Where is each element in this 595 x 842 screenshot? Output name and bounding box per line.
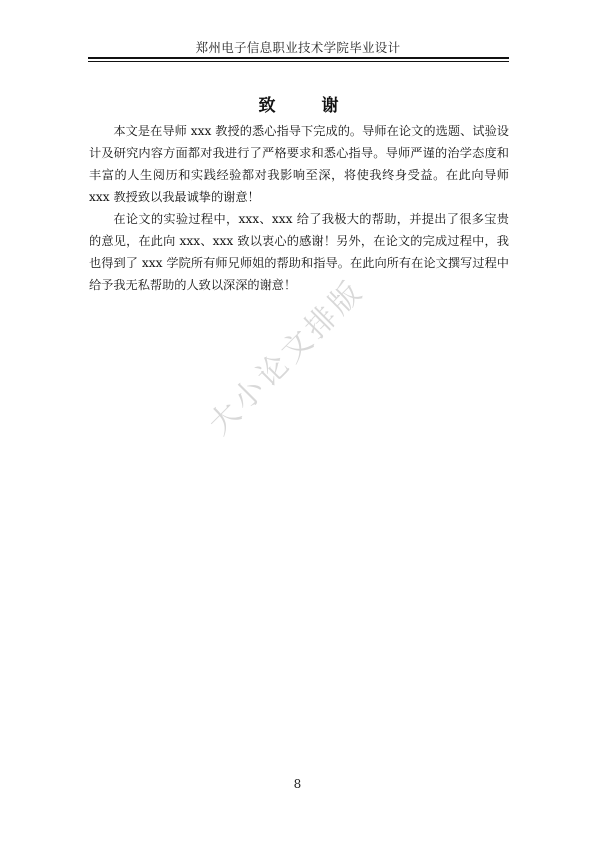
document-body: 本文是在导师 xxx 教授的悉心指导下完成的。导师在论文的选题、试验设计及研究内… bbox=[89, 120, 509, 296]
header-rule-thick bbox=[88, 57, 509, 59]
header-rule-thin bbox=[88, 61, 509, 62]
paragraph: 在论文的实验过程中，xxx、xxx 给了我极大的帮助，并提出了很多宝贵的意见，在… bbox=[89, 208, 509, 296]
page-number: 8 bbox=[0, 777, 595, 791]
header-title: 郑州电子信息职业技术学院毕业设计 bbox=[88, 38, 508, 56]
section-title: 致 谢 bbox=[88, 91, 509, 116]
paragraph: 本文是在导师 xxx 教授的悉心指导下完成的。导师在论文的选题、试验设计及研究内… bbox=[89, 120, 509, 208]
